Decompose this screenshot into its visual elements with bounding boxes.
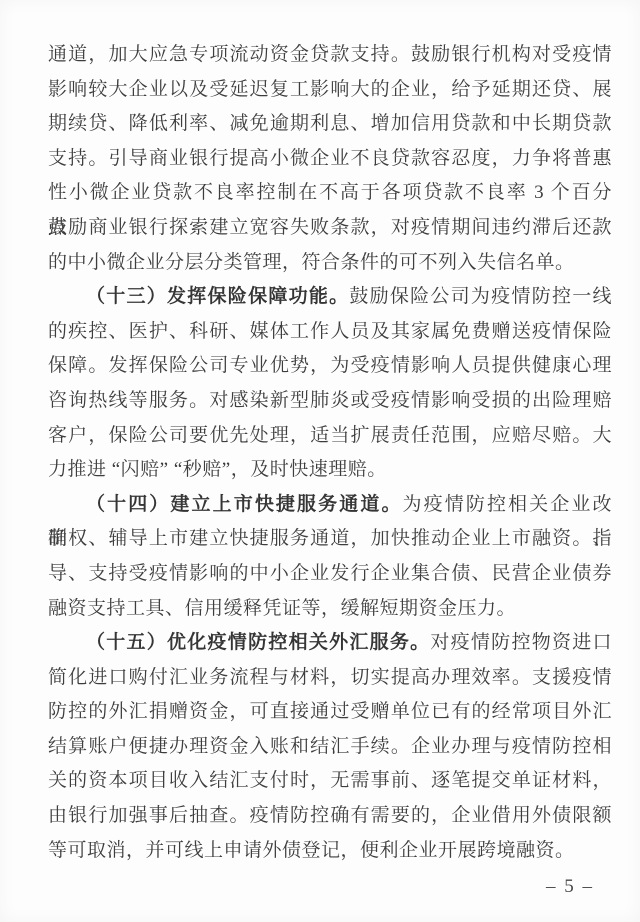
text-line: 咨询热线等服务。对感染新型肺炎或受疫情影响受损的出险理赔: [48, 384, 612, 419]
page-number: – 5 –: [546, 876, 594, 898]
text-line: 等可取消，并可线上申请外债登记，便利企业开展跨境融资。: [48, 834, 612, 869]
section-heading: （十四）建立上市快捷服务通道。: [86, 494, 403, 515]
text-line: 性小微企业贷款不良率控制在不高于各项贷款不良率 3 个百分点。: [48, 176, 612, 211]
text-line: 导、支持受疫情影响的中小企业发行企业集合债、民营企业债券: [48, 557, 612, 592]
text-line: 保障。发挥保险公司专业优势，为受疫情影响人员提供健康心理: [48, 349, 612, 384]
text-line: 通道，加大应急专项流动资金贷款支持。鼓励银行机构对受疫情: [48, 38, 612, 73]
section-heading: （十三）发挥保险保障功能。: [86, 286, 349, 307]
text-line: 的疾控、医护、科研、媒体工作人员及其家属免费赠送疫情保险: [48, 315, 612, 350]
text-line: 确权、辅导上市建立快捷服务通道，加快推动企业上市融资。指: [48, 522, 612, 557]
document-body: 通道，加大应急专项流动资金贷款支持。鼓励银行机构对受疫情影响较大企业以及受延迟复…: [48, 38, 612, 868]
text-line: （十三）发挥保险保障功能。鼓励保险公司为疫情防控一线: [48, 280, 612, 315]
line-text: 对疫情防控物资进口: [430, 632, 612, 653]
document-page: 通道，加大应急专项流动资金贷款支持。鼓励银行机构对受疫情影响较大企业以及受延迟复…: [0, 0, 640, 922]
text-line: 鼓励商业银行探索建立宽容失败条款，对疫情期间违约滞后还款: [48, 211, 612, 246]
text-line: 客户，保险公司要优先处理，适当扩展责任范围，应赔尽赔。大: [48, 419, 612, 454]
text-line: 结算账户便捷办理资金入账和结汇手续。企业办理与疫情防控相: [48, 730, 612, 765]
text-line: 防控的外汇捐赠资金，可直接通过受赠单位已有的经常项目外汇: [48, 695, 612, 730]
line-text: 鼓励保险公司为疫情防控一线: [349, 286, 612, 307]
text-line: （十五）优化疫情防控相关外汇服务。对疫情防控物资进口: [48, 626, 612, 661]
text-line: 期续贷、降低利率、减免逾期利息、增加信用贷款和中长期贷款: [48, 107, 612, 142]
text-line: 由银行加强事后抽查。疫情防控确有需要的，企业借用外债限额: [48, 799, 612, 834]
text-line: （十四）建立上市快捷服务通道。为疫情防控相关企业改制、: [48, 488, 612, 523]
text-line: 影响较大企业以及受延迟复工影响大的企业，给予延期还贷、展: [48, 73, 612, 108]
section-heading: （十五）优化疫情防控相关外汇服务。: [86, 632, 430, 653]
text-line: 融资支持工具、信用缓释凭证等，缓解短期资金压力。: [48, 592, 612, 627]
text-line: 简化进口购付汇业务流程与材料，切实提高办理效率。支援疫情: [48, 661, 612, 696]
text-line: 关的资本项目收入结汇支付时，无需事前、逐笔提交单证材料，: [48, 764, 612, 799]
text-line: 力推进 “闪赔” “秒赔”，及时快速理赔。: [48, 453, 612, 488]
text-line: 支持。引导商业银行提高小微企业不良贷款容忍度，力争将普惠: [48, 142, 612, 177]
text-line: 的中小微企业分层分类管理，符合条件的可不列入失信名单。: [48, 246, 612, 281]
